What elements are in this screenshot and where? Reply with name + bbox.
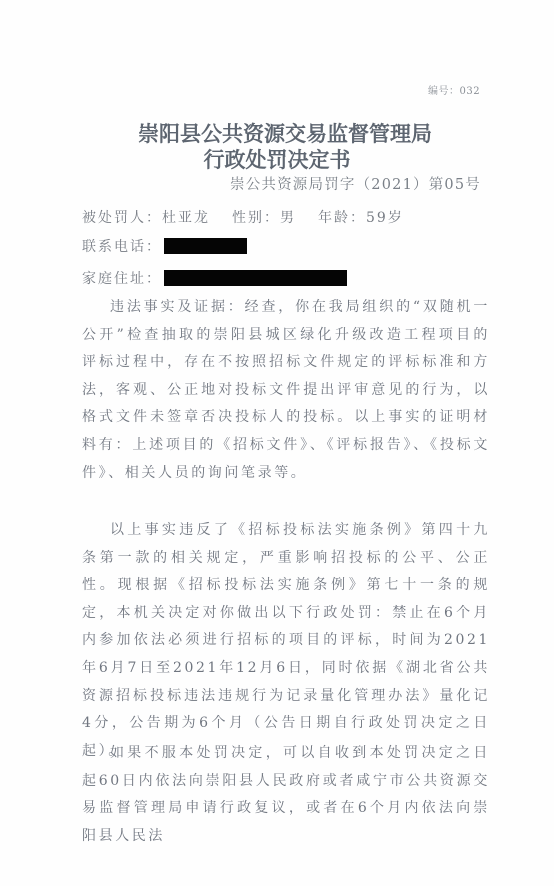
paragraph-text: 以上事实违反了《招标投标法实施条例》第四十九条第一款的相关规定，严重影响招投标的…	[82, 517, 490, 765]
party-age: 59岁	[366, 207, 404, 227]
name-label: 被处罚人：	[82, 207, 162, 227]
paragraph-text: 如果不服本处罚决定，可以自收到本处罚决定之日起60日内依法向崇阳县人民政府或者咸…	[82, 740, 490, 850]
address-redaction-bar	[164, 270, 347, 286]
address-label: 家庭住址：	[82, 268, 162, 288]
age-label: 年龄：	[318, 207, 366, 227]
phone-label: 联系电话：	[82, 236, 162, 256]
gender-label: 性别：	[232, 207, 280, 227]
address-line: 家庭住址：	[82, 268, 347, 288]
appeal-rights-paragraph: 如果不服本处罚决定，可以自收到本处罚决定之日起60日内依法向崇阳县人民政府或者咸…	[82, 740, 490, 850]
decision-reference-number: 崇公共资源局罚字（2021）第05号	[230, 173, 481, 194]
penalty-decision-paragraph: 以上事实违反了《招标投标法实施条例》第四十九条第一款的相关规定，严重影响招投标的…	[82, 517, 490, 765]
document-serial-number: 编号：032	[428, 82, 480, 97]
violation-facts-paragraph: 违法事实及证据：经查，你在我局组织的“双随机一公开”检查抽取的崇阳县城区绿化升级…	[82, 294, 490, 487]
party-gender: 男	[280, 207, 296, 227]
phone-redaction-bar	[164, 238, 247, 254]
penalized-party-line: 被处罚人： 杜亚龙 性别： 男 年龄： 59岁	[82, 207, 404, 227]
document-type-title: 行政处罚决定书	[0, 144, 554, 174]
document-page: 编号：032 崇阳县公共资源交易监督管理局 行政处罚决定书 崇公共资源局罚字（2…	[0, 0, 554, 886]
phone-line: 联系电话：	[82, 236, 247, 256]
party-name: 杜亚龙	[162, 207, 210, 227]
paragraph-text: 违法事实及证据：经查，你在我局组织的“双随机一公开”检查抽取的崇阳县城区绿化升级…	[82, 294, 490, 487]
